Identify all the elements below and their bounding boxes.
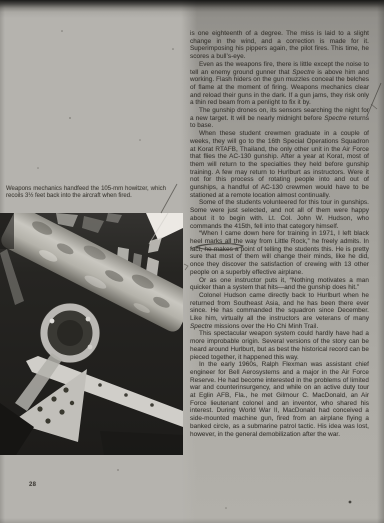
scanned-magazine-page: Weapons mechanics handfeed the 105-mm ho…	[0, 0, 384, 523]
bottom-edge-shadow	[0, 518, 384, 523]
article-paragraph: Colonel Hudson came directly back to Hur…	[190, 292, 369, 331]
article-paragraph: is one eighteenth of a degree. The miss …	[190, 30, 369, 61]
article-paragraph: In the early 1960s, Ralph Flexman was as…	[190, 361, 369, 438]
howitzer-photo-illustration	[0, 213, 183, 455]
right-edge-shadow	[377, 0, 384, 523]
article-paragraph: Or as one instructor puts it, “Nothing m…	[190, 277, 369, 292]
article-paragraph: When these student crewmen graduate in a…	[190, 130, 369, 199]
top-edge-shadow	[0, 0, 384, 18]
photo-caption: Weapons mechanics handfeed the 105-mm ho…	[6, 186, 166, 200]
article-paragraph: “When I came down here for training in 1…	[190, 230, 369, 276]
howitzer-photo	[0, 213, 183, 455]
article-paragraph: The gunship drones on, its sensors searc…	[190, 107, 369, 130]
article-paragraph: Even as the weapons fire, there is littl…	[190, 61, 369, 107]
article-column: is one eighteenth of a degree. The miss …	[190, 30, 369, 438]
article-paragraph: Some of the students volunteered for thi…	[190, 199, 369, 230]
page-number: 28	[29, 482, 36, 488]
article-paragraph: This spectacular weapon system could har…	[190, 330, 369, 361]
